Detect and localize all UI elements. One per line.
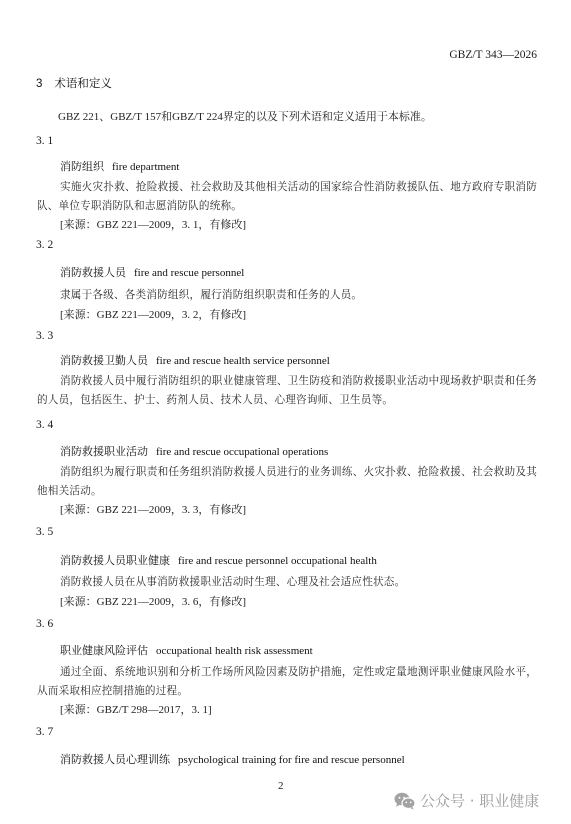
term-en: psychological training for fire and resc…: [178, 754, 405, 766]
section-heading: 3术语和定义: [36, 75, 112, 91]
clause-number: 3. 7: [36, 726, 53, 738]
clause-definition: 消防组织为履行职责和任务组织消防救援人员进行的业务训练、火灾扑救、抢险救援、社会…: [37, 463, 537, 501]
clause-source: [来源：GBZ 221—2009，3. 6，有修改]: [60, 593, 246, 609]
term-en: fire department: [112, 161, 180, 173]
term-en: occupational health risk assessment: [156, 645, 313, 657]
clause-term: 消防救援人员心理训练psychological training for fir…: [60, 751, 405, 767]
section-number: 3: [36, 78, 42, 90]
wechat-icon: [394, 792, 416, 810]
term-zh: 职业健康风险评估: [60, 644, 148, 657]
clause-term: 消防救援人员职业健康fire and rescue personnel occu…: [60, 552, 377, 568]
term-zh: 消防救援人员: [60, 266, 126, 279]
clause-number: 3. 1: [36, 135, 53, 147]
clause-source: [来源：GBZ/T 298—2017，3. 1]: [60, 701, 212, 717]
term-zh: 消防救援职业活动: [60, 445, 148, 458]
clause-number: 3. 3: [36, 330, 53, 342]
clause-source: [来源：GBZ 221—2009，3. 3，有修改]: [60, 501, 246, 517]
term-zh: 消防救援人员职业健康: [60, 554, 170, 567]
document-page: GBZ/T 343—2026 3术语和定义 GBZ 221、GBZ/T 157和…: [0, 0, 571, 824]
document-code: GBZ/T 343—2026: [449, 49, 537, 61]
clause-term: 消防组织fire department: [60, 158, 180, 174]
clause-number: 3. 4: [36, 419, 53, 431]
clause-number: 3. 6: [36, 618, 53, 630]
clause-number: 3. 5: [36, 526, 53, 538]
clause-term: 职业健康风险评估occupational health risk assessm…: [60, 642, 313, 658]
watermark-text: 公众号 · 职业健康: [420, 790, 539, 811]
term-en: fire and rescue occupational operations: [156, 446, 328, 458]
section-intro: GBZ 221、GBZ/T 157和GBZ/T 224界定的以及下列术语和定义适…: [58, 108, 432, 124]
clause-term: 消防救援人员fire and rescue personnel: [60, 264, 244, 280]
term-zh: 消防救援卫勤人员: [60, 354, 148, 367]
clause-definition: 隶属于各级、各类消防组织，履行消防组织职责和任务的人员。: [37, 286, 537, 305]
watermark: 公众号 · 职业健康: [394, 790, 539, 811]
term-en: fire and rescue personnel: [134, 267, 244, 279]
clause-definition: 消防救援人员在从事消防救援职业活动时生理、心理及社会适应性状态。: [37, 573, 537, 592]
term-en: fire and rescue personnel occupational h…: [178, 555, 377, 567]
page-number: 2: [278, 780, 284, 792]
clause-source: [来源：GBZ 221—2009，3. 1，有修改]: [60, 216, 246, 232]
section-title: 术语和定义: [54, 78, 112, 90]
clause-term: 消防救援职业活动fire and rescue occupational ope…: [60, 443, 328, 459]
clause-term: 消防救援卫勤人员fire and rescue health service p…: [60, 352, 330, 368]
clause-definition: 通过全面、系统地识别和分析工作场所风险因素及防护措施，定性或定量地测评职业健康风…: [37, 663, 537, 701]
term-zh: 消防组织: [60, 160, 104, 173]
term-en: fire and rescue health service personnel: [156, 355, 330, 367]
clause-source: [来源：GBZ 221—2009，3. 2，有修改]: [60, 306, 246, 322]
term-zh: 消防救援人员心理训练: [60, 753, 170, 766]
clause-definition: 消防救援人员中履行消防组织的职业健康管理、卫生防疫和消防救援职业活动中现场救护职…: [37, 372, 537, 410]
clause-number: 3. 2: [36, 239, 53, 251]
clause-definition: 实施火灾扑救、抢险救援、社会救助及其他相关活动的国家综合性消防救援队伍、地方政府…: [37, 178, 537, 216]
